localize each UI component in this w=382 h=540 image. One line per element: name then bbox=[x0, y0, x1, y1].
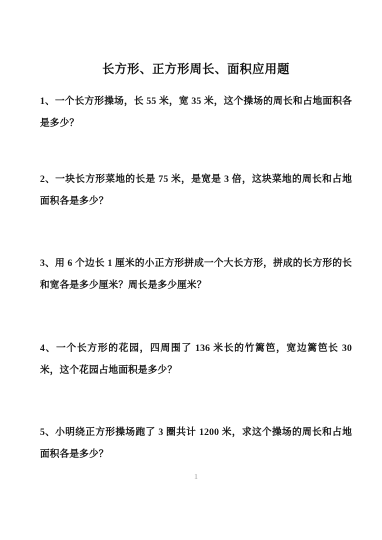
question-4: 4、一个长方形的花园，四周围了 136 米长的竹篱笆，宽边篱笆长 30 米，这个… bbox=[40, 338, 352, 382]
worksheet-page: 长方形、正方形周长、面积应用题 1、一个长方形操场，长 55 米，宽 35 米，… bbox=[0, 0, 382, 540]
question-1: 1、一个长方形操场，长 55 米，宽 35 米，这个操场的周长和占地面积各是多少… bbox=[40, 91, 352, 135]
page-number: 1 bbox=[40, 472, 352, 481]
question-5: 5、小明绕正方形操场跑了 3 圈共计 1200 米，求这个操场的周长和占地面积各… bbox=[40, 422, 352, 466]
question-3: 3、用 6 个边长 1 厘米的小正方形拼成一个大长方形，拼成的长方形的长和宽各是… bbox=[40, 253, 352, 297]
question-2: 2、一块长方形菜地的长是 75 米，是宽是 3 倍，这块菜地的周长和占地面积各是… bbox=[40, 169, 352, 213]
worksheet-title: 长方形、正方形周长、面积应用题 bbox=[40, 60, 352, 77]
